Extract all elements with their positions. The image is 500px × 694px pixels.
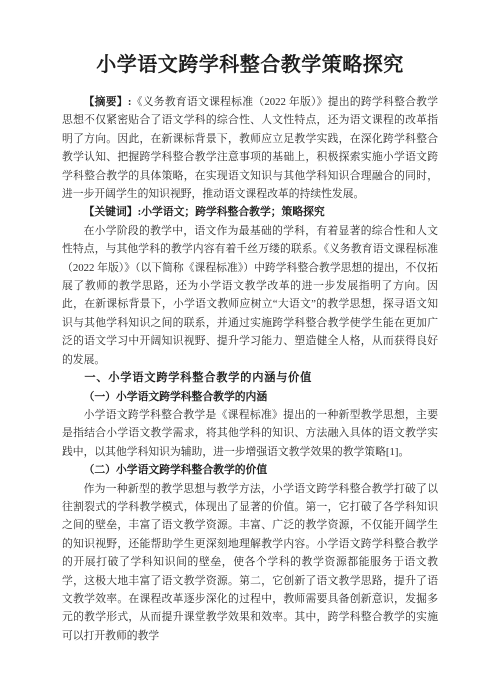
keywords-label: 【关键词】: xyxy=(84,206,142,218)
page-title: 小学语文跨学科整合教学策略探究 xyxy=(62,50,438,80)
abstract-paragraph: 【摘要】:《义务教育语文课程标准（2022 年版）》提出的跨学科整合教学思想不仅… xyxy=(62,93,438,203)
subsection-heading-1-2: （二）小学语文跨学科整合教学的价值 xyxy=(62,461,438,479)
subsection-heading-1-1: （一）小学语文跨学科整合教学的内涵 xyxy=(62,388,438,406)
section-heading-1: 一、小学语文跨学科整合教学的内涵与价值 xyxy=(62,369,438,387)
keywords-paragraph: 【关键词】:小学语文；跨学科整合教学；策略探究 xyxy=(62,203,438,221)
abstract-label: 【摘要】: xyxy=(84,96,132,108)
subsection-1-2-body: 作为一种新型的教学思想与教学方法，小学语文跨学科整合教学打破了以往割裂式的学科教… xyxy=(62,480,438,646)
abstract-text: 《义务教育语文课程标准（2022 年版）》提出的跨学科整合教学思想不仅紧密贴合了… xyxy=(62,96,438,200)
document-page: 小学语文跨学科整合教学策略探究 【摘要】:《义务教育语文课程标准（2022 年版… xyxy=(0,0,500,694)
subsection-1-1-body: 小学语文跨学科整合教学是《课程标准》提出的一种新型教学思想，主要是指结合小学语文… xyxy=(62,406,438,461)
intro-paragraph: 在小学阶段的教学中，语文作为最基础的学科，有着显著的综合性和人文性特点，与其他学… xyxy=(62,222,438,369)
keywords-text: 小学语文；跨学科整合教学；策略探究 xyxy=(141,206,325,218)
